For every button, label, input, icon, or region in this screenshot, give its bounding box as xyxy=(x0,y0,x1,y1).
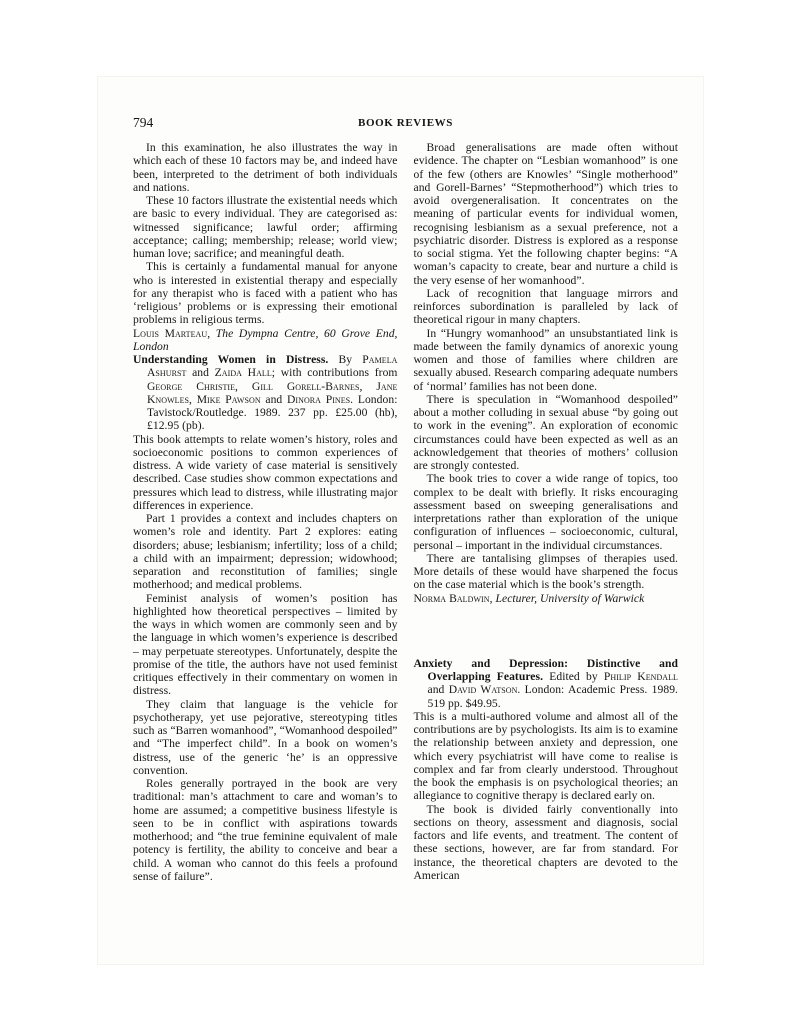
text-segment: and xyxy=(428,683,449,696)
text-segment: Louis Marteau xyxy=(133,327,207,340)
text-segment: Understanding Women in Distress. xyxy=(133,353,328,366)
text-segment: Zaida Hall xyxy=(215,366,272,379)
reviewer-signature: Norma Baldwin, Lecturer, University of W… xyxy=(414,592,679,605)
paragraph: There is speculation in “Womanhood despo… xyxy=(414,393,679,473)
running-header: BOOK REVIEWS xyxy=(133,116,678,130)
text-segment: , xyxy=(207,327,216,340)
paragraph: The book tries to cover a wide range of … xyxy=(414,472,679,552)
text-segment: and xyxy=(261,393,287,406)
journal-page: 794 BOOK REVIEWS In this examination, he… xyxy=(97,76,704,965)
paragraph: This is certainly a fundamental manual f… xyxy=(133,260,398,326)
paragraph: In “Hungry womanhood” an unsubstantiated… xyxy=(414,327,679,393)
text-columns: In this examination, he also illustrates… xyxy=(133,141,678,883)
text-segment: ; with contributions from xyxy=(272,366,398,379)
text-segment: Lecturer, University of Warwick xyxy=(496,592,645,605)
paragraph: Lack of recognition that language mirror… xyxy=(414,287,679,327)
paragraph: There are tantalising glimpses of therap… xyxy=(414,552,679,592)
paragraph: This is a multi-authored volume and almo… xyxy=(414,710,679,803)
paragraph: The book is divided fairly conventionall… xyxy=(414,803,679,883)
text-segment: David Watson xyxy=(449,683,518,696)
reviewer-signature: Louis Marteau, The Dympna Centre, 60 Gro… xyxy=(133,327,398,354)
text-segment: Philip Kendall xyxy=(604,670,678,683)
review-heading: Anxiety and Depression: Distinctive and … xyxy=(414,657,679,710)
text-segment: and xyxy=(186,366,214,379)
right-column: Broad generalisations are made often wit… xyxy=(414,141,679,883)
paragraph: This book attempts to relate women’s his… xyxy=(133,433,398,513)
text-segment: Norma Baldwin xyxy=(414,592,490,605)
paragraph: These 10 factors illustrate the existent… xyxy=(133,194,398,260)
text-segment: By xyxy=(328,353,362,366)
paragraph: Feminist analysis of women’s position ha… xyxy=(133,592,398,698)
paragraph: Roles generally portrayed in the book ar… xyxy=(133,777,398,883)
paragraph: Part 1 provides a context and includes c… xyxy=(133,512,398,592)
scanned-journal-scan: 794 BOOK REVIEWS In this examination, he… xyxy=(0,0,800,1036)
paragraph: They claim that language is the vehicle … xyxy=(133,698,398,778)
paragraph: In this examination, he also illustrates… xyxy=(133,141,398,194)
page-header: 794 BOOK REVIEWS xyxy=(133,114,678,131)
text-segment: Dinora Pines xyxy=(287,393,350,406)
left-column: In this examination, he also illustrates… xyxy=(133,141,398,883)
review-heading: Understanding Women in Distress. By Pame… xyxy=(133,353,398,433)
paragraph: Broad generalisations are made often wit… xyxy=(414,141,679,287)
text-segment: Edited by xyxy=(543,670,604,683)
